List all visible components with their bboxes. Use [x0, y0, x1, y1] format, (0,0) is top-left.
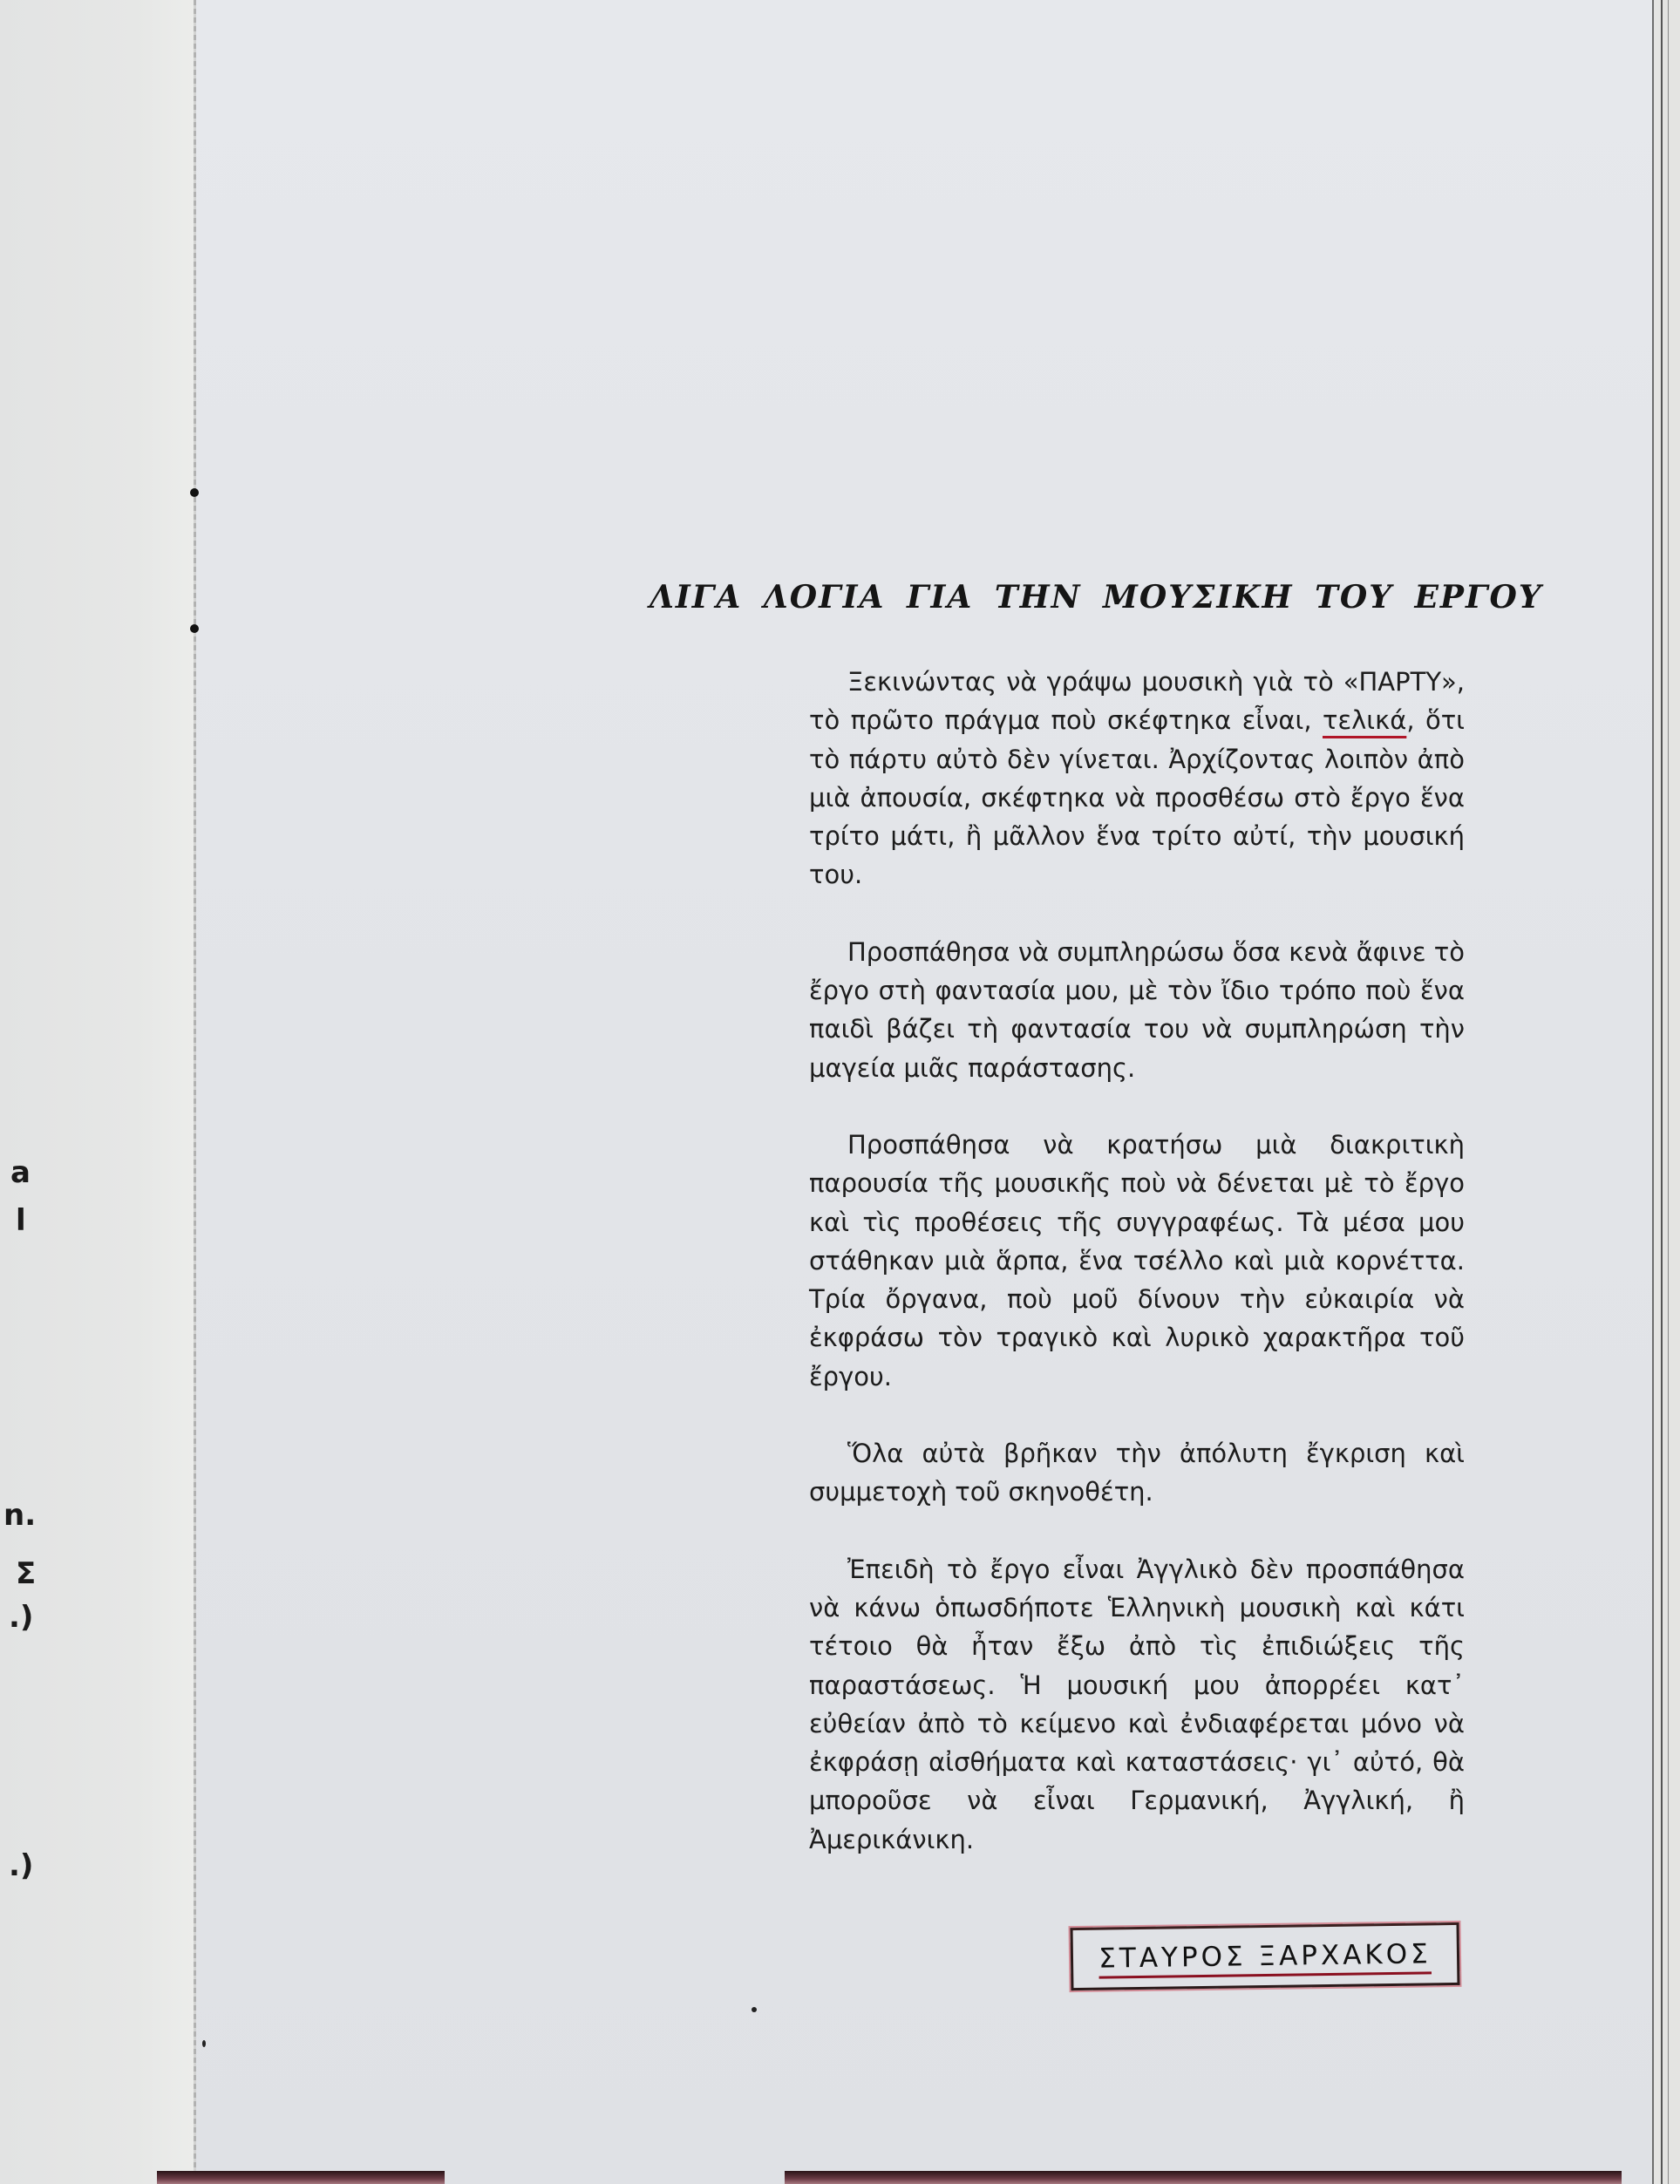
article-title: ΛΙΓΑ ΛΟΓΙΑ ΓΙΑ ΤΗΝ ΜΟΥΣΙΚΗ ΤΟΥ ΕΡΓΟΥ	[650, 579, 1469, 616]
next-page-edge	[785, 2171, 1622, 2184]
page-edges	[1652, 0, 1680, 2184]
margin-glyph: l	[16, 1203, 26, 1238]
article-body: Ξεκινώντας νὰ γράψω μουσικὴ γιὰ τὸ «ΠΑΡΤ…	[809, 663, 1465, 1897]
paragraph: Προσπάθησα νὰ κρατήσω μιὰ διακριτικὴ παρ…	[809, 1126, 1465, 1396]
staple-hole-icon	[190, 624, 199, 633]
author-signature: ΣΤΑΥΡΟΣ ΞΑΡΧΑΚΟΣ	[1098, 1938, 1432, 1974]
margin-glyph: a	[10, 1155, 31, 1190]
ink-speck	[202, 2040, 206, 2047]
paragraph: Ξεκινώντας νὰ γράψω μουσικὴ γιὰ τὸ «ΠΑΡΤ…	[809, 663, 1465, 895]
signature-box: ΣΤΑΥΡΟΣ ΞΑΡΧΑΚΟΣ	[1071, 1922, 1460, 1990]
paragraph: Ὅλα αὐτὰ βρῆκαν τὴν ἀπόλυτη ἔγκριση καὶ …	[809, 1434, 1465, 1512]
margin-glyph: Σ	[16, 1556, 36, 1591]
ink-speck	[752, 2007, 757, 2012]
margin-glyph: n.	[3, 1498, 36, 1533]
staple-hole-icon	[190, 488, 199, 497]
paragraph: Προσπάθησα νὰ συμπληρώσω ὅσα κενὰ ἄφινε …	[809, 933, 1465, 1087]
left-page-strip: a l n. Σ .) .)	[0, 0, 195, 2184]
underlined-word: τελικά	[1323, 705, 1406, 735]
paragraph: Ἐπειδὴ τὸ ἔργο εἶναι Ἀγγλικὸ δὲν προσπάθ…	[809, 1550, 1465, 1859]
margin-glyph: .)	[9, 1600, 33, 1635]
next-page-edge	[157, 2171, 445, 2184]
margin-glyph: .)	[9, 1848, 33, 1883]
